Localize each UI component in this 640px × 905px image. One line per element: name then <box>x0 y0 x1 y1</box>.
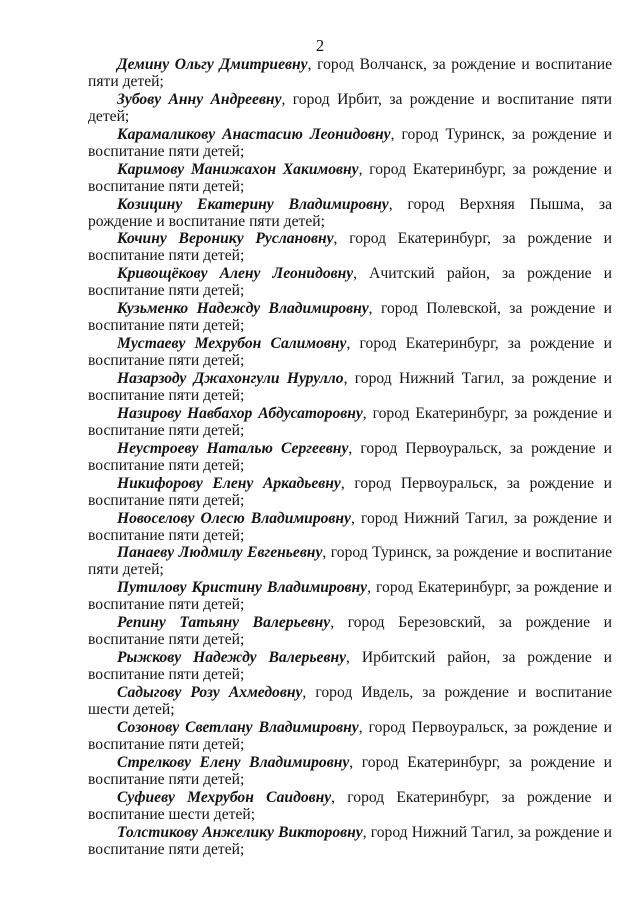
list-item: Кривощёкову Алену Леонидовну, Ачитский р… <box>88 265 612 299</box>
recipient-name: Рыжкову Надежду Валерьевну <box>117 649 346 666</box>
list-item: Новоселову Олесю Владимировну, город Ниж… <box>88 510 612 544</box>
recipient-name: Назарзоду Джахонгули Нурулло <box>117 370 344 387</box>
list-item: Никифорову Елену Аркадьевну, город Перво… <box>88 475 612 509</box>
recipient-name: Стрелкову Елену Владимировну <box>117 754 349 771</box>
document-page: 2 Демину Ольгу Дмитриевну, город Волчанс… <box>0 0 640 905</box>
list-item: Репину Татьяну Валерьевну, город Березов… <box>88 614 612 648</box>
recipient-name: Неустроеву Наталью Сергеевну <box>117 440 348 457</box>
recipient-name: Каримову Манижахон Хакимовну <box>117 161 359 178</box>
recipient-name: Кузьменко Надежду Владимировну <box>117 300 369 317</box>
recipient-name: Садыгову Розу Ахмедовну <box>117 684 302 701</box>
recipient-name: Путилову Кристину Владимировну <box>117 579 367 596</box>
list-item: Суфиеву Мехрубон Саидовну, город Екатери… <box>88 789 612 823</box>
list-item: Путилову Кристину Владимировну, город Ек… <box>88 579 612 613</box>
list-item: Садыгову Розу Ахмедовну, город Ивдель, з… <box>88 684 612 718</box>
list-item: Зубову Анну Андреевну, город Ирбит, за р… <box>88 91 612 125</box>
recipient-name: Созонову Светлану Владимировну <box>117 719 359 736</box>
recipient-name: Кривощёкову Алену Леонидовну <box>117 265 353 282</box>
list-item: Карамаликову Анастасию Леонидовну, город… <box>88 126 612 160</box>
recipient-name: Карамаликову Анастасию Леонидовну <box>117 126 391 143</box>
recipient-name: Демину Ольгу Дмитриевну <box>117 56 308 73</box>
list-item: Демину Ольгу Дмитриевну, город Волчанск,… <box>88 56 612 90</box>
recipient-name: Новоселову Олесю Владимировну <box>117 510 351 527</box>
list-item: Рыжкову Надежду Валерьевну, Ирбитский ра… <box>88 649 612 683</box>
list-item: Неустроеву Наталью Сергеевну, город Перв… <box>88 440 612 474</box>
list-item: Назирову Навбахор Абдусаторовну, город Е… <box>88 405 612 439</box>
recipient-name: Толстикову Анжелику Викторовну <box>117 824 363 841</box>
recipient-name: Мустаеву Мехрубон Салимовну <box>117 335 346 352</box>
list-item: Панаеву Людмилу Евгеньевну, город Туринс… <box>88 544 612 578</box>
recipient-name: Зубову Анну Андреевну <box>117 91 282 108</box>
recipient-name: Панаеву Людмилу Евгеньевну <box>117 544 322 561</box>
page-number: 2 <box>0 37 640 54</box>
recipient-name: Никифорову Елену Аркадьевну <box>117 475 341 492</box>
award-list: Демину Ольгу Дмитриевну, город Волчанск,… <box>88 56 612 858</box>
list-item: Кузьменко Надежду Владимировну, город По… <box>88 300 612 334</box>
list-item: Каримову Манижахон Хакимовну, город Екат… <box>88 161 612 195</box>
recipient-name: Козицину Екатерину Владимировну <box>117 196 389 213</box>
list-item: Козицину Екатерину Владимировну, город В… <box>88 196 612 230</box>
recipient-name: Суфиеву Мехрубон Саидовну <box>117 789 331 806</box>
list-item: Кочину Веронику Руслановну, город Екатер… <box>88 230 612 264</box>
list-item: Стрелкову Елену Владимировну, город Екат… <box>88 754 612 788</box>
recipient-name: Репину Татьяну Валерьевну <box>117 614 330 631</box>
recipient-name: Назирову Навбахор Абдусаторовну <box>117 405 363 422</box>
list-item: Созонову Светлану Владимировну, город Пе… <box>88 719 612 753</box>
list-item: Толстикову Анжелику Викторовну, город Ни… <box>88 824 612 858</box>
list-item: Назарзоду Джахонгули Нурулло, город Нижн… <box>88 370 612 404</box>
recipient-name: Кочину Веронику Руслановну <box>117 230 334 247</box>
list-item: Мустаеву Мехрубон Салимовну, город Екате… <box>88 335 612 369</box>
